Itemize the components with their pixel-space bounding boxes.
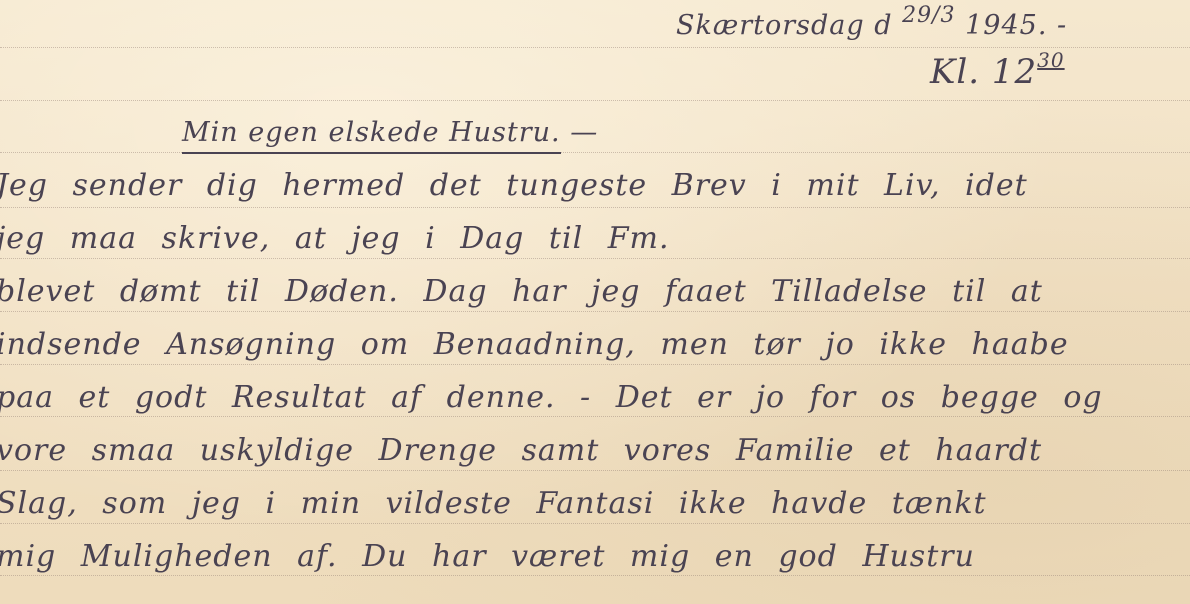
salutation: Min egen elskede Hustru. — bbox=[182, 117, 598, 148]
body-line-8: mig Muligheden af. Du har været mig en g… bbox=[0, 539, 975, 574]
ruled-line bbox=[0, 416, 1190, 417]
ruled-line bbox=[0, 523, 1190, 524]
body-line-6: vore smaa uskyldige Drenge samt vores Fa… bbox=[0, 433, 1042, 468]
body-line-7: Slag, som jeg i min vildeste Fantasi ikk… bbox=[0, 486, 987, 521]
ruled-line bbox=[0, 207, 1190, 208]
ruled-line bbox=[0, 575, 1190, 576]
date-prefix: Skærtorsdag d bbox=[676, 10, 902, 41]
ruled-line bbox=[0, 47, 1190, 48]
salutation-dash: — bbox=[561, 117, 599, 148]
ruled-line bbox=[0, 470, 1190, 471]
body-line-4: indsende Ansøgning om Benaadning, men tø… bbox=[0, 327, 1069, 362]
ruled-line bbox=[0, 100, 1190, 101]
letter-date: Skærtorsdag d 29/3 1945. - bbox=[676, 10, 1067, 41]
body-line-3: blevet dømt til Døden. Dag har jeg faaet… bbox=[0, 274, 1043, 309]
body-line-5: paa et godt Resultat af denne. - Det er … bbox=[0, 380, 1103, 415]
letter-page: Skærtorsdag d 29/3 1945. - Kl. 1230 Min … bbox=[0, 0, 1190, 604]
letter-time: Kl. 1230 bbox=[930, 52, 1065, 92]
ruled-line bbox=[0, 258, 1190, 259]
date-year: 1945. - bbox=[956, 10, 1068, 41]
time-prefix: Kl. 12 bbox=[930, 52, 1037, 92]
ruled-line bbox=[0, 364, 1190, 365]
date-day-month: 29/3 bbox=[902, 3, 955, 28]
body-line-2: jeg maa skrive, at jeg i Dag til Fm. bbox=[0, 221, 670, 256]
salutation-text: Min egen elskede Hustru. bbox=[182, 117, 561, 154]
ruled-line bbox=[0, 152, 1190, 153]
ruled-line bbox=[0, 311, 1190, 312]
time-minutes: 30 bbox=[1037, 48, 1064, 72]
body-line-1: Jeg sender dig hermed det tungeste Brev … bbox=[0, 168, 1028, 203]
